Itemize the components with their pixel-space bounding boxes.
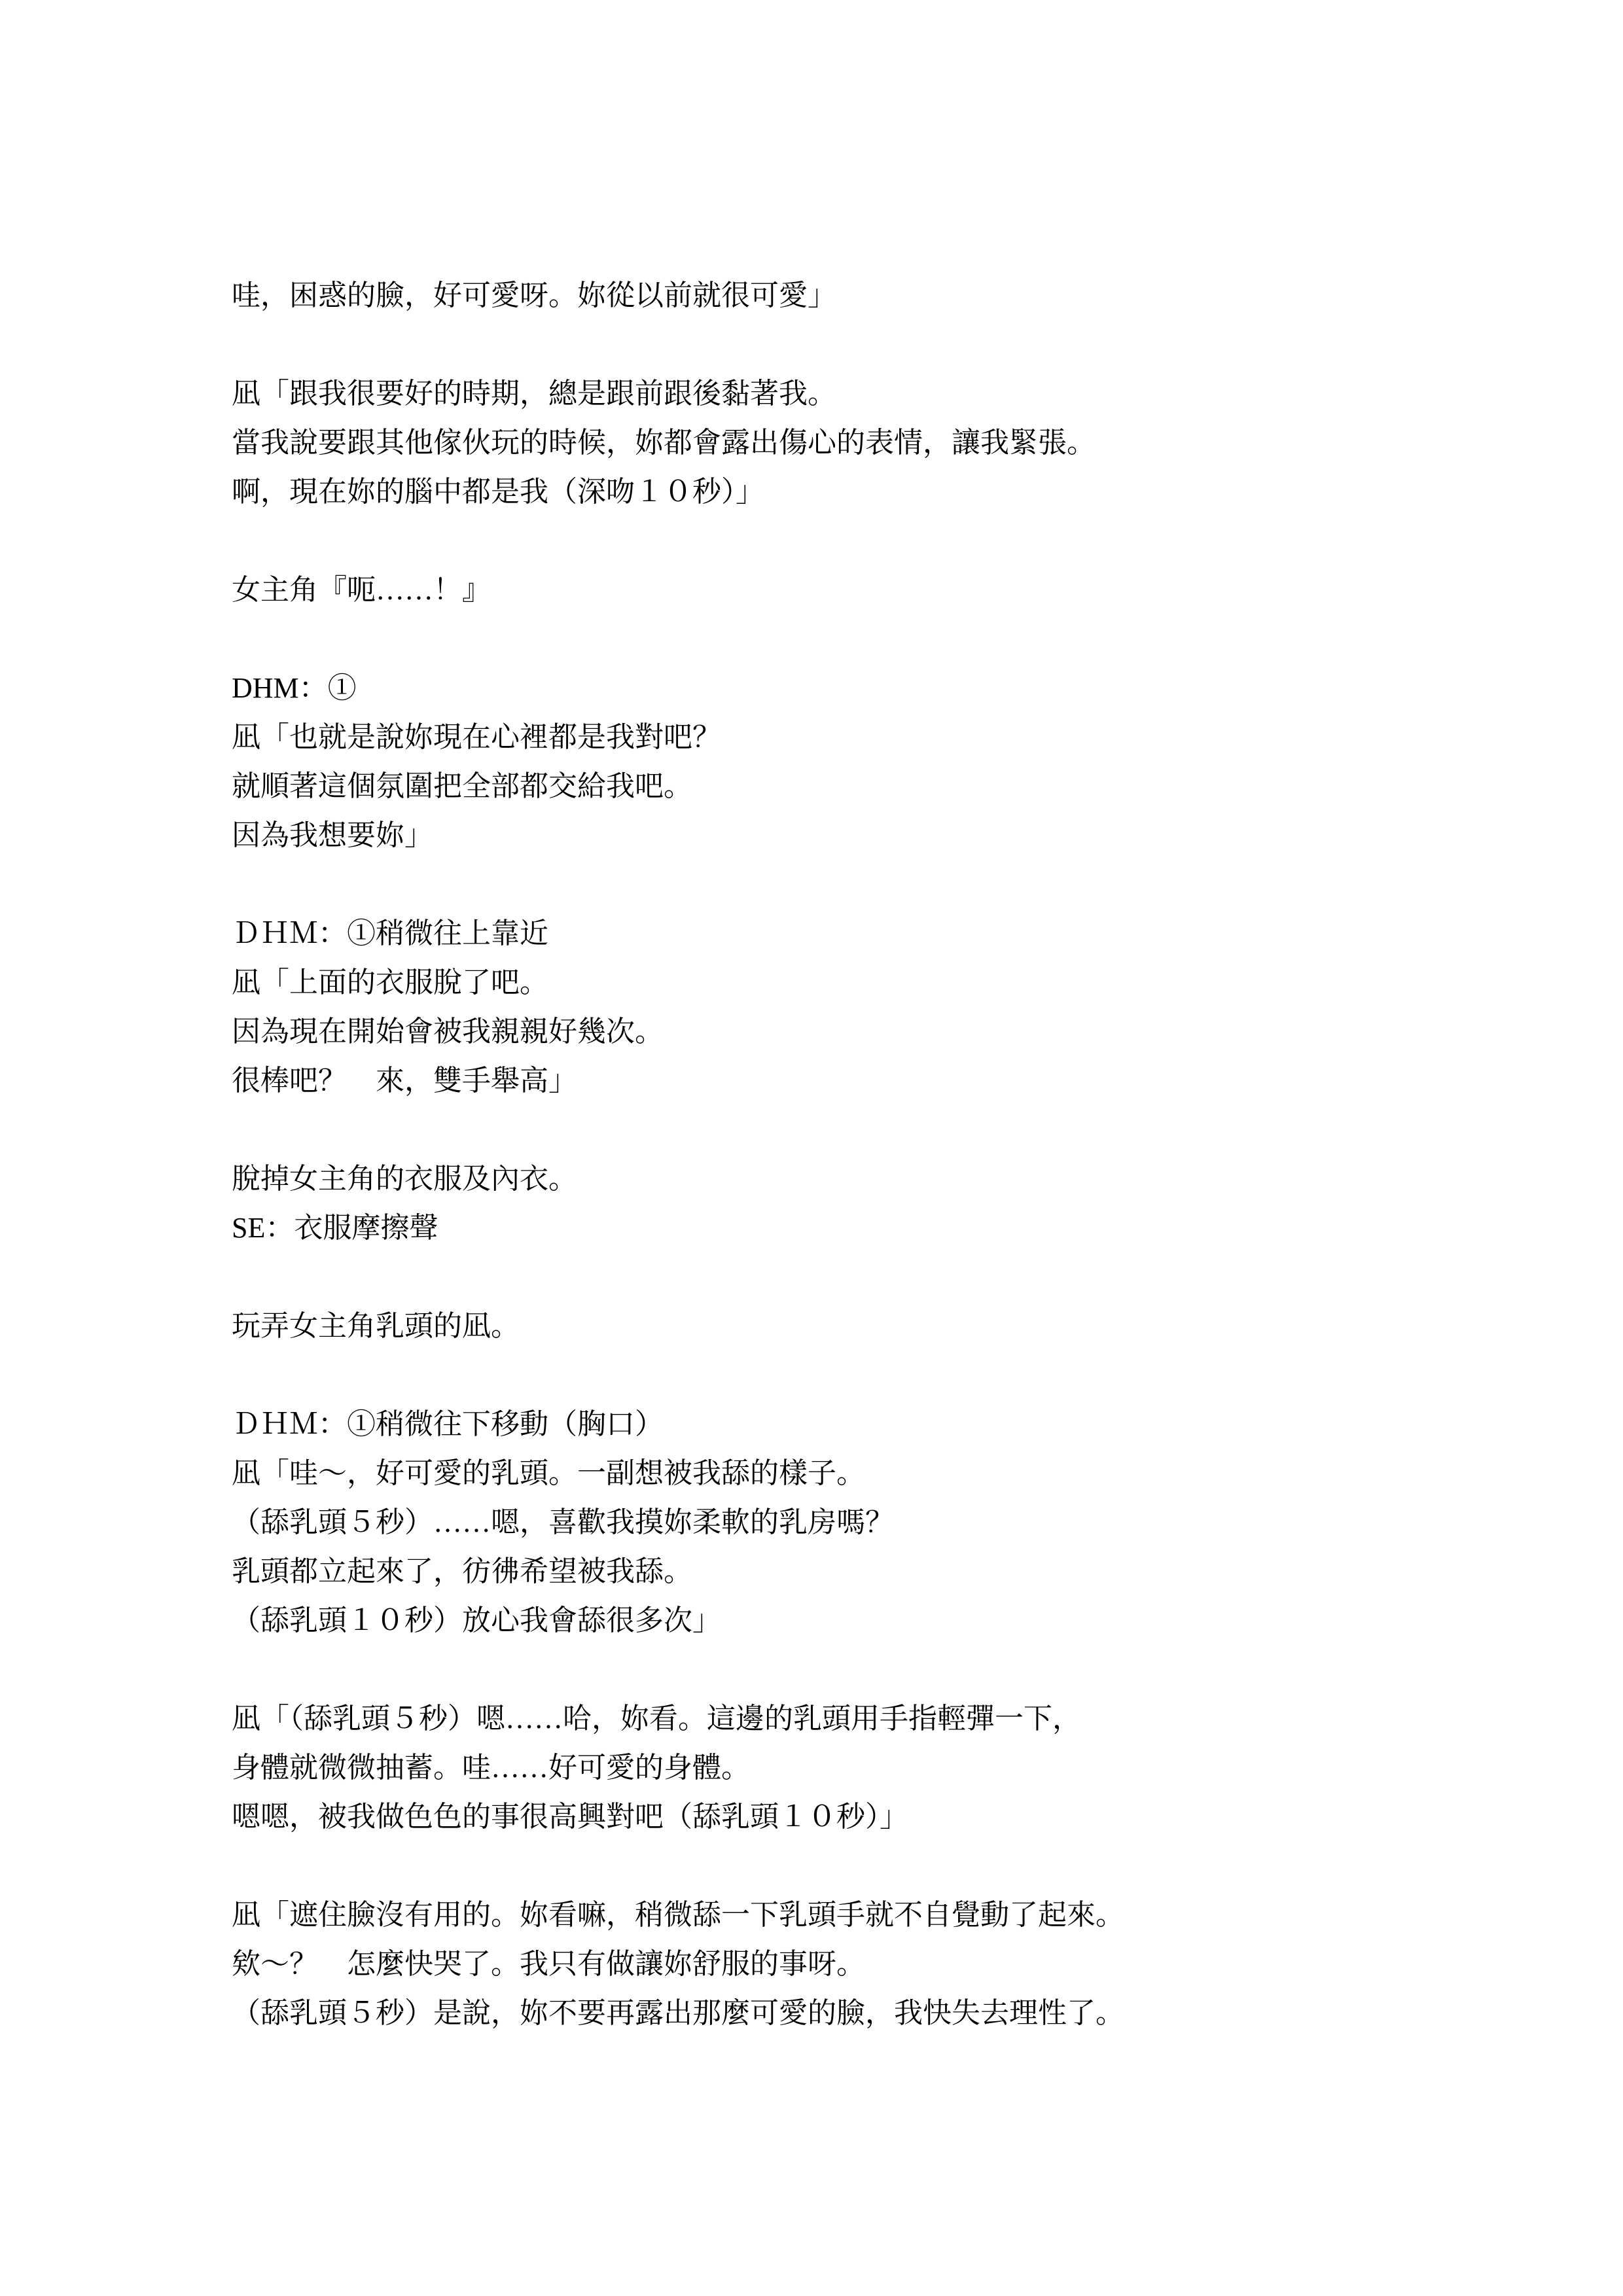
script-paragraph: ＤＨＭ：①稍微往上靠近 凪「上面的衣服脫了吧。 因為現在開始會被我親親好幾次。 … (232, 909, 1527, 1105)
script-paragraph: 女主角『呃……！』 (232, 565, 1527, 614)
script-paragraph: ＤＨＭ：①稍微往下移動（胸口） 凪「哇～，好可愛的乳頭。一副想被我舔的樣子。 （… (232, 1400, 1527, 1645)
script-paragraph: 脫掉女主角的衣服及內衣。 SE：衣服摩擦聲 (232, 1154, 1527, 1252)
script-paragraph: 凪「遮住臉沒有用的。妳看嘛，稍微舔一下乳頭手就不自覺動了起來。 欸～？ 怎麼快哭… (232, 1890, 1527, 2038)
script-paragraph: 凪「跟我很要好的時期，總是跟前跟後黏著我。 當我說要跟其他傢伙玩的時候，妳都會露… (232, 369, 1527, 516)
script-paragraph: 哇，困惑的臉，好可愛呀。妳從以前就很可愛」 (232, 271, 1527, 320)
script-paragraph: 凪「（舔乳頭５秒）嗯……哈，妳看。這邊的乳頭用手指輕彈一下， 身體就微微抽蓄。哇… (232, 1694, 1527, 1841)
script-text: 哇，困惑的臉，好可愛呀。妳從以前就很可愛」 凪「跟我很要好的時期，總是跟前跟後黏… (232, 271, 1527, 2038)
script-paragraph: DHM：① 凪「也就是說妳現在心裡都是我對吧？ 就順著這個氛圍把全部都交給我吧。… (232, 663, 1527, 860)
script-paragraph: 玩弄女主角乳頭的凪。 (232, 1301, 1527, 1351)
document-page: 哇，困惑的臉，好可愛呀。妳從以前就很可愛」 凪「跟我很要好的時期，總是跟前跟後黏… (0, 0, 1623, 2296)
